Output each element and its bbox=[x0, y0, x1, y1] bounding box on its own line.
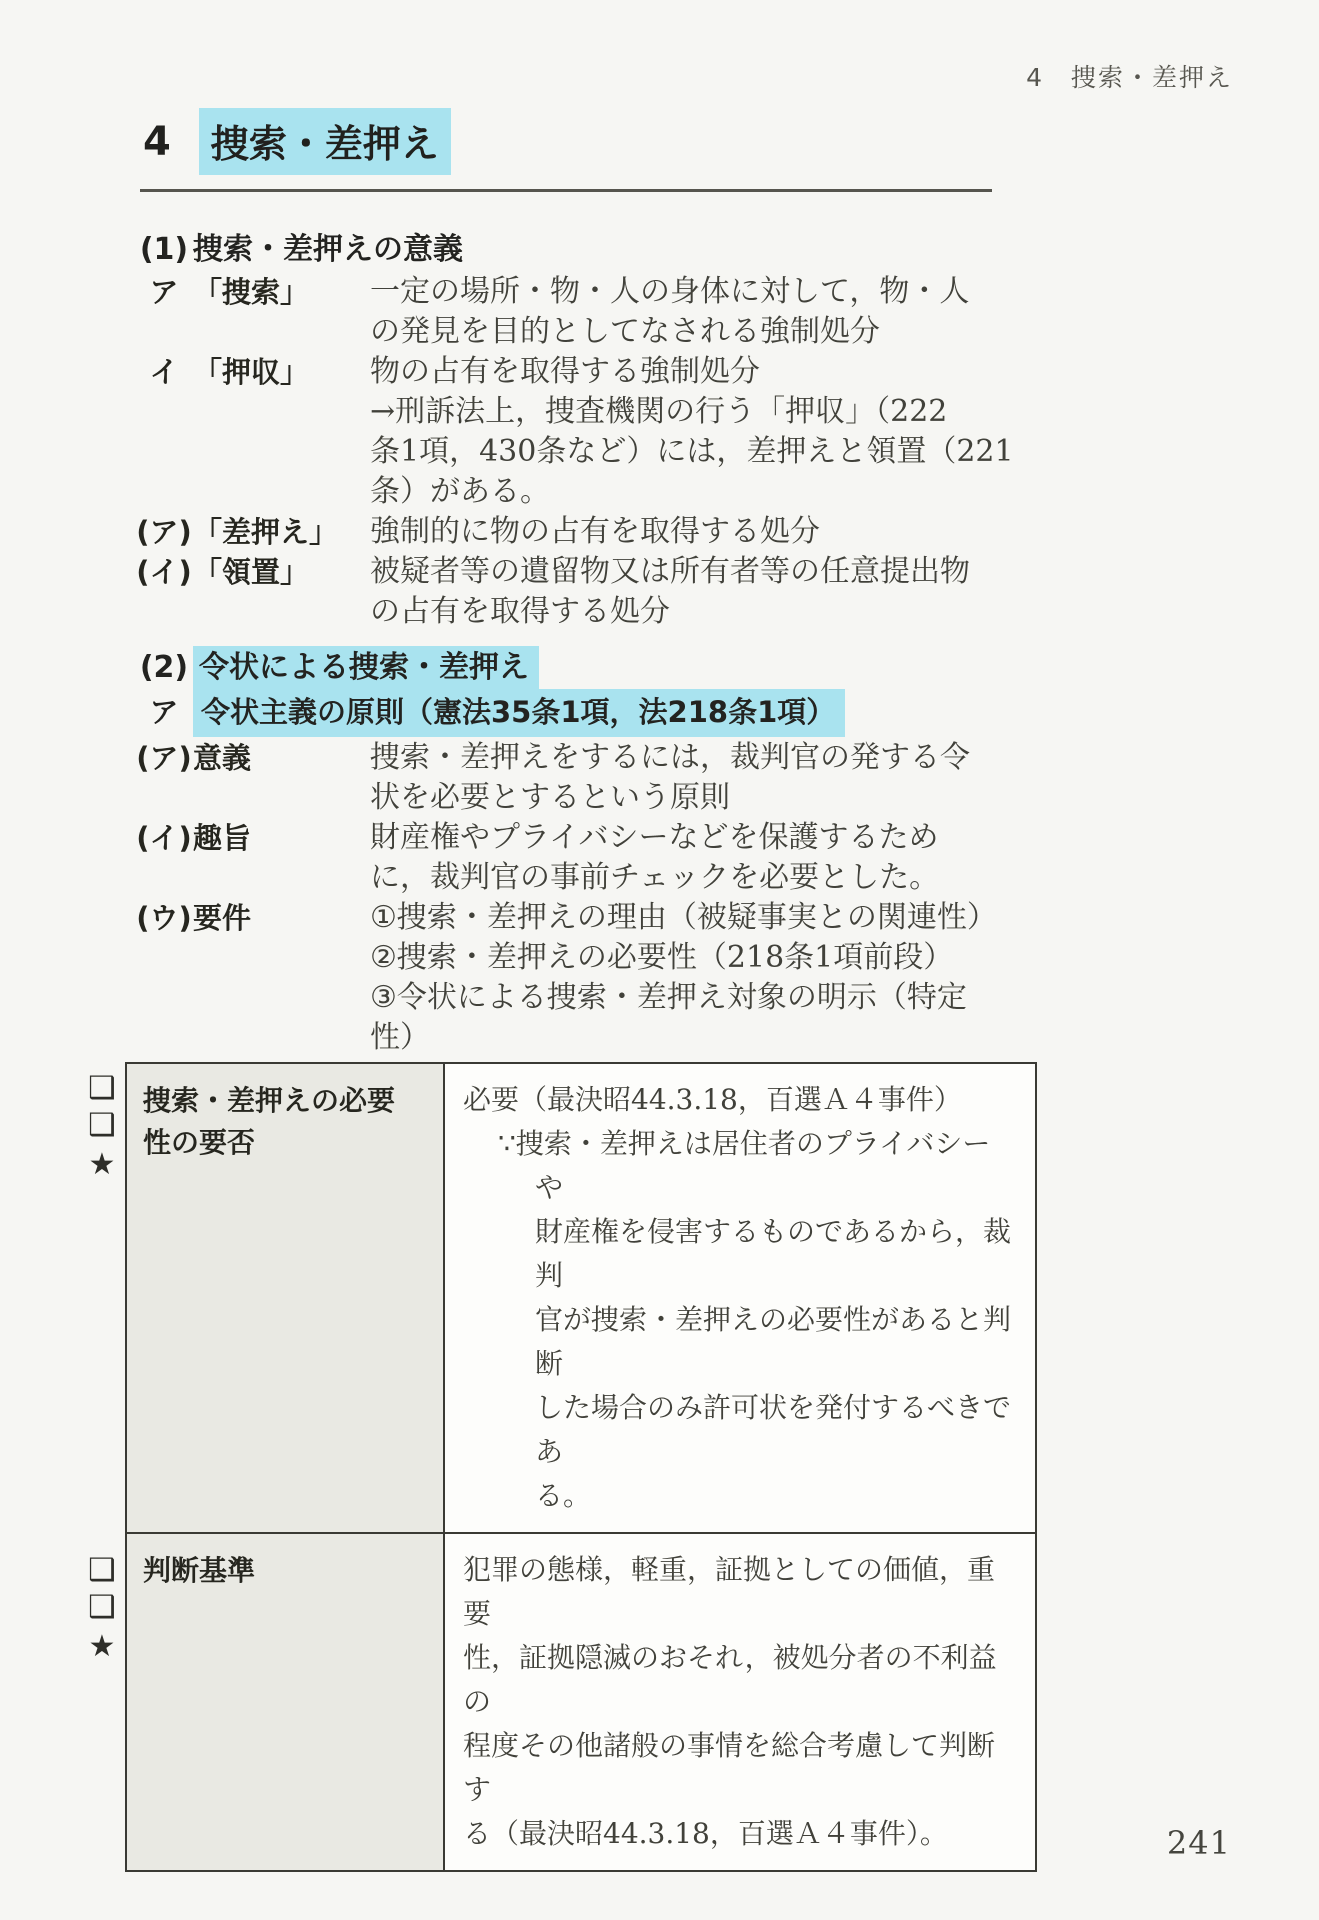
checkbox-icon: ❑ bbox=[88, 1589, 116, 1626]
definition-label: イ 「押収」 bbox=[135, 352, 370, 392]
item-marker: (ア) bbox=[135, 738, 193, 778]
definition-label: (ア) 「差押え」 bbox=[135, 512, 370, 552]
subsection-marker: ア bbox=[135, 692, 193, 734]
checkbox-icon: ❑ bbox=[88, 1552, 116, 1589]
definition-text: ①捜索・差押えの理由（被疑事実との関連性） ②捜索・差押えの必要性（218条1項… bbox=[370, 898, 1047, 1058]
table-value-cell: 必要（最決昭44.3.18，百選Ａ４事件） ∵捜索・差押えは居住者のプライバシー… bbox=[445, 1064, 1035, 1532]
section-1-heading: (1) 捜索・差押えの意義 bbox=[135, 230, 1047, 270]
star-icon: ★ bbox=[89, 1146, 116, 1184]
margin-marks: ❑ ❑ ★ bbox=[85, 1070, 119, 1184]
item-marker: ア bbox=[135, 272, 193, 312]
definition-row-ryouchi: (イ) 「領置」 被疑者等の遺留物又は所有者等の任意提出物 の占有を取得する処分 bbox=[135, 552, 1047, 632]
definition-text: 物の占有を取得する強制処分 →刑訴法上，捜査機関の行う「押収」（222 条1項，… bbox=[370, 352, 1047, 512]
summary-table: ❑ ❑ ★ 捜索・差押えの必要 性の要否 必要（最決昭44.3.18，百選Ａ４事… bbox=[125, 1062, 1037, 1872]
item-term: 「捜索」 bbox=[193, 272, 370, 312]
checkbox-icon: ❑ bbox=[88, 1107, 116, 1144]
checkbox-icon: ❑ bbox=[88, 1070, 116, 1107]
page-number: 241 bbox=[1167, 1824, 1231, 1862]
subsection-title-highlighted: 令状主義の原則（憲法35条1項，法218条1項） bbox=[193, 689, 845, 737]
item-marker: イ bbox=[135, 352, 193, 392]
definition-label: (ア) 意義 bbox=[135, 738, 370, 778]
definition-row-oushuu: イ 「押収」 物の占有を取得する強制処分 →刑訴法上，捜査機関の行う「押収」（2… bbox=[135, 352, 1047, 512]
item-marker: (ア) bbox=[135, 512, 193, 552]
section-2-title-highlighted: 令状による捜索・差押え bbox=[193, 646, 539, 692]
definition-row-youken: (ウ) 要件 ①捜索・差押えの理由（被疑事実との関連性） ②捜索・差押えの必要性… bbox=[135, 898, 1047, 1058]
table-row: ❑ ❑ ★ 判断基準 犯罪の態様，軽重，証拠としての価値，重要 性，証拠隠滅のお… bbox=[127, 1534, 1035, 1870]
table-body: 犯罪の態様，軽重，証拠としての価値，重要 性，証拠隠滅のおそれ，被処分者の不利益… bbox=[463, 1548, 1017, 1856]
running-head: 4 捜索・差押え bbox=[1026, 58, 1233, 94]
item-marker: (イ) bbox=[135, 552, 193, 592]
definition-text: 被疑者等の遺留物又は所有者等の任意提出物 の占有を取得する処分 bbox=[370, 552, 1047, 632]
item-marker: (ウ) bbox=[135, 898, 193, 938]
table-row: ❑ ❑ ★ 捜索・差押えの必要 性の要否 必要（最決昭44.3.18，百選Ａ４事… bbox=[127, 1064, 1035, 1534]
section-1-title: 捜索・差押えの意義 bbox=[193, 230, 463, 270]
table-answer: 必要（最決昭44.3.18，百選Ａ４事件） bbox=[463, 1078, 1017, 1122]
item-term: 「領置」 bbox=[193, 552, 370, 592]
table-label-cell: 判断基準 bbox=[127, 1534, 445, 1870]
definition-label: (イ) 「領置」 bbox=[135, 552, 370, 592]
star-icon: ★ bbox=[89, 1628, 116, 1666]
definition-row-sousaku: ア 「捜索」 一定の場所・物・人の身体に対して，物・人 の発見を目的としてなされ… bbox=[135, 272, 1047, 352]
section-2-heading: (2) 令状による捜索・差押え bbox=[135, 648, 1047, 690]
definition-row-sashiosae: (ア) 「差押え」 強制的に物の占有を取得する処分 bbox=[135, 512, 1047, 552]
chapter-title-text: 捜索・差押え bbox=[199, 108, 451, 175]
definition-label: (イ) 趣旨 bbox=[135, 818, 370, 858]
definition-label: (ウ) 要件 bbox=[135, 898, 370, 938]
table-label-cell: 捜索・差押えの必要 性の要否 bbox=[127, 1064, 445, 1532]
chapter-number: 4 bbox=[143, 119, 171, 165]
definition-label: ア 「捜索」 bbox=[135, 272, 370, 312]
definition-text: 財産権やプライバシーなどを保護するため に，裁判官の事前チェックを必要とした。 bbox=[370, 818, 1047, 898]
definition-text: 捜索・差押えをするには，裁判官の発する令 状を必要とするという原則 bbox=[370, 738, 1047, 818]
section-1-marker: (1) bbox=[135, 230, 193, 270]
item-term: 「押収」 bbox=[193, 352, 370, 392]
section-2-marker: (2) bbox=[135, 648, 193, 690]
item-marker: (イ) bbox=[135, 818, 193, 858]
definition-text: 一定の場所・物・人の身体に対して，物・人 の発見を目的としてなされる強制処分 bbox=[370, 272, 1047, 352]
item-term: 意義 bbox=[193, 738, 370, 778]
table-value-cell: 犯罪の態様，軽重，証拠としての価値，重要 性，証拠隠滅のおそれ，被処分者の不利益… bbox=[445, 1534, 1035, 1870]
definition-row-igi: (ア) 意義 捜索・差押えをするには，裁判官の発する令 状を必要とするという原則 bbox=[135, 738, 1047, 818]
title-rule bbox=[140, 189, 992, 192]
table-reason: ∵捜索・差押えは居住者のプライバシーや 財産権を侵害するものであるから，裁判 官… bbox=[463, 1122, 1017, 1518]
item-term: 「差押え」 bbox=[193, 512, 370, 552]
main-content: (1) 捜索・差押えの意義 ア 「捜索」 一定の場所・物・人の身体に対して，物・… bbox=[135, 230, 1047, 1058]
item-term: 要件 bbox=[193, 898, 370, 938]
item-term: 趣旨 bbox=[193, 818, 370, 858]
chapter-title: 4 捜索・差押え bbox=[143, 108, 451, 175]
definition-text: 強制的に物の占有を取得する処分 bbox=[370, 512, 1047, 552]
subsection-heading: ア 令状主義の原則（憲法35条1項，法218条1項） bbox=[135, 692, 1047, 734]
margin-marks: ❑ ❑ ★ bbox=[85, 1552, 119, 1666]
definition-row-shushi: (イ) 趣旨 財産権やプライバシーなどを保護するため に，裁判官の事前チェックを… bbox=[135, 818, 1047, 898]
